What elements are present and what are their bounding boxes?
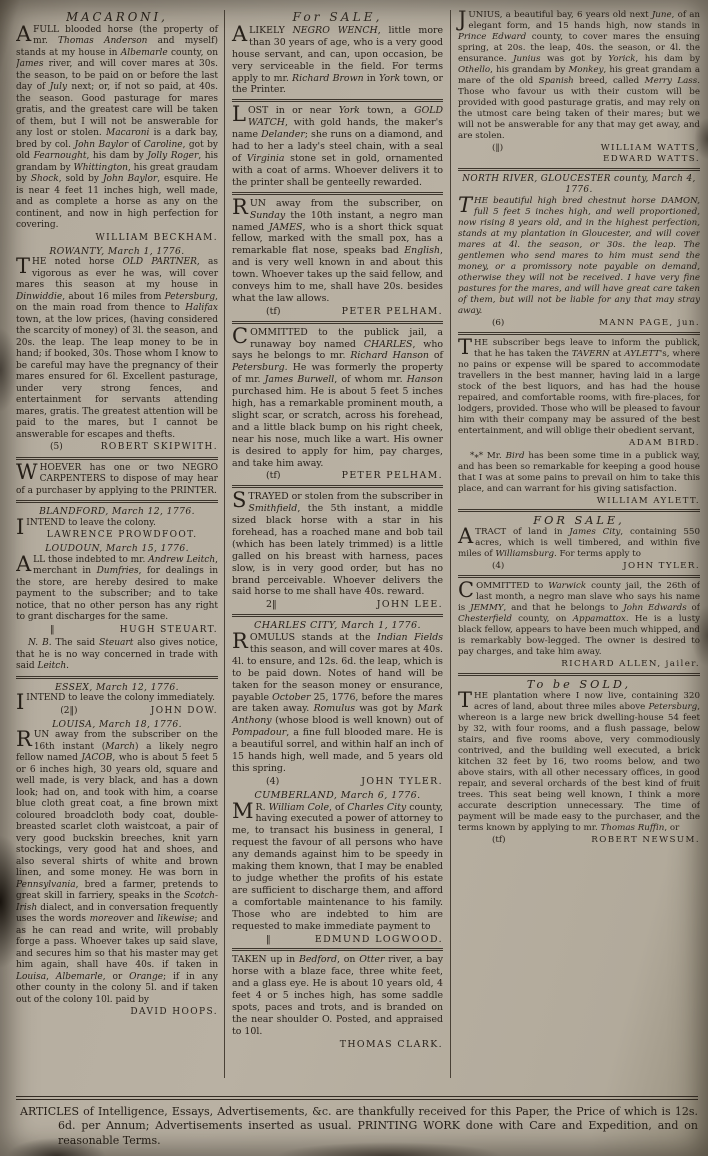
ad-text: TAKEN up in Bedford, on Otter river, a b… [232, 954, 443, 1036]
column-right: JUNIUS, a beautiful bay, 6 years old nex… [450, 10, 700, 1078]
ad-text: HE noted horse OLD PARTNER, as vigorous … [16, 257, 218, 440]
ad-text: UN away from the subscriber on the 16th … [16, 730, 218, 1005]
dropcap: R [16, 730, 34, 748]
ad-signature: WILLIAM BECKHAM. [16, 233, 218, 244]
ad-postscript: N. B. The said Steuart also gives notice… [16, 638, 218, 673]
ad-plantation-for-sale: To be SOLD, THE plantation where I now l… [458, 679, 700, 846]
dropcap: T [458, 196, 474, 214]
signer-name: WILLIAM WATTS, [601, 143, 700, 153]
ad-strayed-horse: STRAYED or stolen from the subscriber in… [232, 491, 443, 611]
rule-divider [16, 457, 218, 460]
reference-mark: (5) [50, 442, 63, 453]
ad-dateline: LOUISA, March 18, 1776. [16, 719, 218, 731]
imprint-footer: ARTICLES of Intelligence, Essays, Advert… [0, 1096, 708, 1156]
signer-name: MANN PAGE, jun. [599, 318, 700, 329]
ad-body: IINTEND to leave the colony. [16, 518, 218, 530]
signer-name: JOHN LEE. [377, 599, 443, 611]
reference-mark: (2‖) [60, 706, 77, 717]
footer-rule [16, 1096, 698, 1100]
ad-body: MR. William Cole, of Charles City county… [232, 802, 443, 933]
ad-dateline: NORTH RIVER, GLOUCESTER county, March 4,… [458, 174, 700, 196]
reference-mark: (6) [492, 318, 504, 329]
ad-old-partner: ROWANTY, March 1, 1776. THE noted horse … [16, 246, 218, 454]
ad-text: HE beautiful high bred chestnut horse DA… [458, 196, 700, 316]
ad-postscript: *⁎* Mr. Bird has been some time in a pub… [458, 451, 700, 495]
ad-signature: ‖HUGH STEUART. [16, 625, 218, 636]
ad-text: HE plantation where I now live, containi… [458, 691, 700, 833]
ad-text: INTEND to leave the colony immediately. [26, 693, 215, 703]
dropcap: A [16, 555, 33, 573]
dropcap: W [16, 463, 40, 481]
dropcap: I [16, 518, 26, 536]
ad-signature: THOMAS CLARK. [232, 1039, 443, 1051]
ad-signature: LAWRENCE PROWDFOOT. [26, 530, 218, 541]
advertisement-columns: MACARONI, AFULL blooded horse (the prope… [0, 0, 708, 1078]
dropcap: A [458, 527, 475, 545]
ad-signature: (5)ROBERT SKIPWITH. [16, 442, 218, 453]
ad-signature: (4)JOHN TYLER. [458, 561, 700, 572]
ad-leitch-debts: LOUDOUN, March 15, 1776. ALL those indeb… [16, 543, 218, 672]
ad-signature: RICHARD ALLEN, jailer. [458, 659, 700, 670]
ad-runaway-jacob: LOUISA, March 18, 1776. RUN away from th… [16, 719, 218, 1019]
ad-text: LIKELY NEGRO WENCH, little more than 30 … [232, 25, 443, 96]
ad-signature: DAVID HOOPS. [16, 1007, 218, 1018]
signer-name: DAVID HOOPS. [130, 1007, 218, 1018]
dropcap: I [16, 693, 26, 711]
ad-text: HOEVER has one or two NEGRO CARPENTERS t… [16, 463, 218, 496]
dropcap: J [458, 10, 468, 28]
rule-divider [16, 500, 218, 503]
signer-name: JOHN TYLER. [623, 561, 700, 572]
ad-body: STRAYED or stolen from the subscriber in… [232, 491, 443, 598]
dropcap: C [458, 581, 476, 599]
signer-name: PETER PELHAM. [342, 470, 443, 482]
reference-mark: (‖) [492, 143, 503, 165]
ad-text: OST in or near York town, a GOLD WATCH, … [232, 105, 443, 187]
ad-body: ROMULUS stands at the Indian Fields this… [232, 632, 443, 775]
signer-name: JOHN TYLER. [361, 776, 443, 788]
ad-text: FULL blooded horse (the property of mr. … [16, 25, 218, 231]
dropcap: R [232, 198, 250, 216]
ad-committed-jemmy: COMMITTED to Warwick county jail, the 26… [458, 581, 700, 670]
ad-dateline: BLANDFORD, March 12, 1776. [16, 506, 218, 518]
signer-name: HUGH STEUART. [120, 625, 218, 636]
dropcap: S [232, 491, 248, 509]
newspaper-page: MACARONI, AFULL blooded horse (the prope… [0, 0, 708, 1156]
column-left: MACARONI, AFULL blooded horse (the prope… [16, 10, 224, 1078]
ad-body: AFULL blooded horse (the property of mr.… [16, 25, 218, 232]
ad-signature: (‖)WILLIAM WATTS,EDWARD WATTS. [458, 143, 700, 165]
ad-text: UNIUS, a beautiful bay, 6 years old next… [458, 10, 700, 141]
rule-divider [458, 575, 700, 578]
rule-divider [458, 168, 700, 171]
rule-divider [232, 485, 443, 488]
ad-dateline: CHARLES CITY, March 1, 1776. [232, 620, 443, 632]
ad-body: RUN away from the subscriber, on Sunday … [232, 198, 443, 305]
ad-signature: 2‖JOHN LEE. [232, 599, 443, 611]
ad-signature: (tf)PETER PELHAM. [232, 306, 443, 318]
signer-name: WILLIAM BECKHAM. [95, 233, 218, 244]
ad-romulus: CHARLES CITY, March 1, 1776. ROMULUS sta… [232, 620, 443, 788]
signer-names: WILLIAM WATTS,EDWARD WATTS. [601, 143, 700, 165]
dropcap: L [232, 105, 248, 123]
ad-body: THE subscriber begs leave to inform the … [458, 338, 700, 437]
rule-divider [458, 332, 700, 335]
signer-name: ADAM BIRD. [629, 438, 700, 449]
dropcap: R [232, 632, 250, 650]
signer-name: JOHN DOW. [151, 706, 218, 717]
ad-body: ALL those indebted to mr. Andrew Leitch,… [16, 555, 218, 624]
rule-divider [232, 614, 443, 617]
ad-junius: JUNIUS, a beautiful bay, 6 years old nex… [458, 10, 700, 165]
ad-signature: WILLIAM AYLETT. [458, 496, 700, 507]
rule-divider [232, 192, 443, 195]
ad-text: R. William Cole, of Charles City county,… [232, 802, 443, 932]
dropcap: M [232, 802, 256, 820]
ad-text: OMMITTED to Warwick county jail, the 26t… [458, 581, 700, 657]
rule-divider [232, 99, 443, 102]
reference-mark: (4) [266, 776, 279, 788]
ad-text: HE subscriber begs leave to inform the p… [458, 338, 700, 436]
ad-dateline: ROWANTY, March 1, 1776. [16, 246, 218, 258]
ad-negro-carpenters: WHOEVER has one or two NEGRO CARPENTERS … [16, 463, 218, 498]
ad-heading: For SALE, [232, 12, 443, 24]
ad-prowdfoot-notice: BLANDFORD, March 12, 1776. IINTEND to le… [16, 506, 218, 541]
reference-mark: (4) [492, 561, 504, 572]
signer-name: EDWARD WATTS. [603, 154, 700, 164]
ad-signature: (tf)PETER PELHAM. [232, 470, 443, 482]
ad-body: COMMITTED to the publick jail, a runaway… [232, 327, 443, 470]
rule-divider [232, 321, 443, 324]
signer-name: RICHARD ALLEN, jailer. [561, 659, 700, 670]
ad-dateline: LOUDOUN, March 15, 1776. [16, 543, 218, 555]
ad-lost-gold-watch: LOST in or near York town, a GOLD WATCH,… [232, 105, 443, 188]
dropcap: A [232, 25, 249, 43]
ad-damon: NORTH RIVER, GLOUCESTER county, March 4,… [458, 174, 700, 329]
ad-dateline: ESSEX, March 12, 1776. [16, 682, 218, 694]
ad-committed-charles: COMMITTED to the publick jail, a runaway… [232, 327, 443, 483]
ad-body: IINTEND to leave the colony immediately. [16, 693, 218, 705]
ad-text: TRACT of land in James City, containing … [458, 527, 700, 559]
signer-name: PETER PELHAM. [342, 306, 443, 318]
ad-body: TAKEN up in Bedford, on Otter river, a b… [232, 954, 443, 1037]
ad-signature: (6)MANN PAGE, jun. [458, 318, 700, 329]
ad-signature: (4)JOHN TYLER. [232, 776, 443, 788]
ad-heading: MACARONI, [16, 12, 218, 24]
ad-heading: To be SOLD, [458, 679, 700, 690]
dropcap: A [16, 25, 33, 43]
ad-body: ATRACT of land in James City, containing… [458, 527, 700, 560]
dropcap: T [16, 257, 32, 275]
signer-name: ROBERT SKIPWITH. [101, 442, 218, 453]
signer-name: LAWRENCE PROWDFOOT. [47, 530, 198, 541]
ad-macaroni: MACARONI, AFULL blooded horse (the prope… [16, 12, 218, 244]
ad-body: THE beautiful high bred chestnut horse D… [458, 196, 700, 317]
ad-dateline: CUMBERLAND, March 6, 1776. [232, 790, 443, 802]
rule-divider [458, 509, 700, 512]
ad-text: OMULUS stands at the Indian Fields this … [232, 632, 443, 774]
ad-text: INTEND to leave the colony. [26, 518, 156, 528]
rule-divider [16, 676, 218, 679]
dropcap: T [458, 691, 474, 709]
ad-body: RUN away from the subscriber on the 16th… [16, 730, 218, 1006]
ad-body: JUNIUS, a beautiful bay, 6 years old nex… [458, 10, 700, 142]
dropcap: C [232, 327, 250, 345]
signer-name: EDMUND LOGWOOD. [315, 934, 443, 946]
ad-runaway-james: RUN away from the subscriber, on Sunday … [232, 198, 443, 318]
ad-text: OMMITTED to the publick jail, a runaway … [232, 327, 443, 469]
reference-mark: (tf) [266, 306, 281, 318]
reference-mark: (tf) [492, 835, 506, 846]
dropcap: T [458, 338, 474, 356]
ad-signature: (tf)ROBERT NEWSUM. [458, 835, 700, 846]
rule-divider [458, 673, 700, 676]
ad-john-dow-notice: ESSEX, March 12, 1776. IINTEND to leave … [16, 682, 218, 717]
ad-body: THE noted horse OLD PARTNER, as vigorous… [16, 257, 218, 441]
reference-mark: ‖ [266, 934, 271, 946]
signer-name: ROBERT NEWSUM. [591, 835, 700, 846]
ad-heading: FOR SALE, [458, 515, 700, 526]
signer-name: THOMAS CLARK. [340, 1039, 443, 1051]
ad-text: LL those indebted to mr. Andrew Leitch, … [16, 555, 218, 623]
signer-name: WILLIAM AYLETT. [597, 496, 700, 507]
ad-signature: (2‖)JOHN DOW. [26, 706, 218, 717]
ad-land-for-sale: FOR SALE, ATRACT of land in James City, … [458, 515, 700, 572]
ad-signature: ADAM BIRD. [458, 438, 700, 449]
ad-body: ALIKELY NEGRO WENCH, little more than 30… [232, 25, 443, 96]
ad-body: LOST in or near York town, a GOLD WATCH,… [232, 105, 443, 188]
ad-body: WHOEVER has one or two NEGRO CARPENTERS … [16, 463, 218, 498]
ad-signature: ‖EDMUND LOGWOOD. [232, 934, 443, 946]
ad-cole-power-of-attorney: CUMBERLAND, March 6, 1776. MR. William C… [232, 790, 443, 946]
ad-tavern-ayletts: THE subscriber begs leave to inform the … [458, 338, 700, 507]
ad-negro-wench-sale: For SALE, ALIKELY NEGRO WENCH, little mo… [232, 12, 443, 96]
ad-text: UN away from the subscriber, on Sunday t… [232, 198, 443, 304]
footer-notice: ARTICLES of Intelligence, Essays, Advert… [16, 1105, 698, 1149]
reference-mark: ‖ [50, 625, 55, 636]
ad-text: TRAYED or stolen from the subscriber in … [232, 491, 443, 597]
reference-mark: (tf) [266, 470, 281, 482]
ad-body: COMMITTED to Warwick county jail, the 26… [458, 581, 700, 658]
ad-body: THE plantation where I now live, contain… [458, 691, 700, 834]
reference-mark: 2‖ [266, 599, 277, 611]
rule-divider [232, 948, 443, 951]
column-middle: For SALE, ALIKELY NEGRO WENCH, little mo… [224, 10, 450, 1078]
ad-taken-up-bay-horse: TAKEN up in Bedford, on Otter river, a b… [232, 954, 443, 1050]
